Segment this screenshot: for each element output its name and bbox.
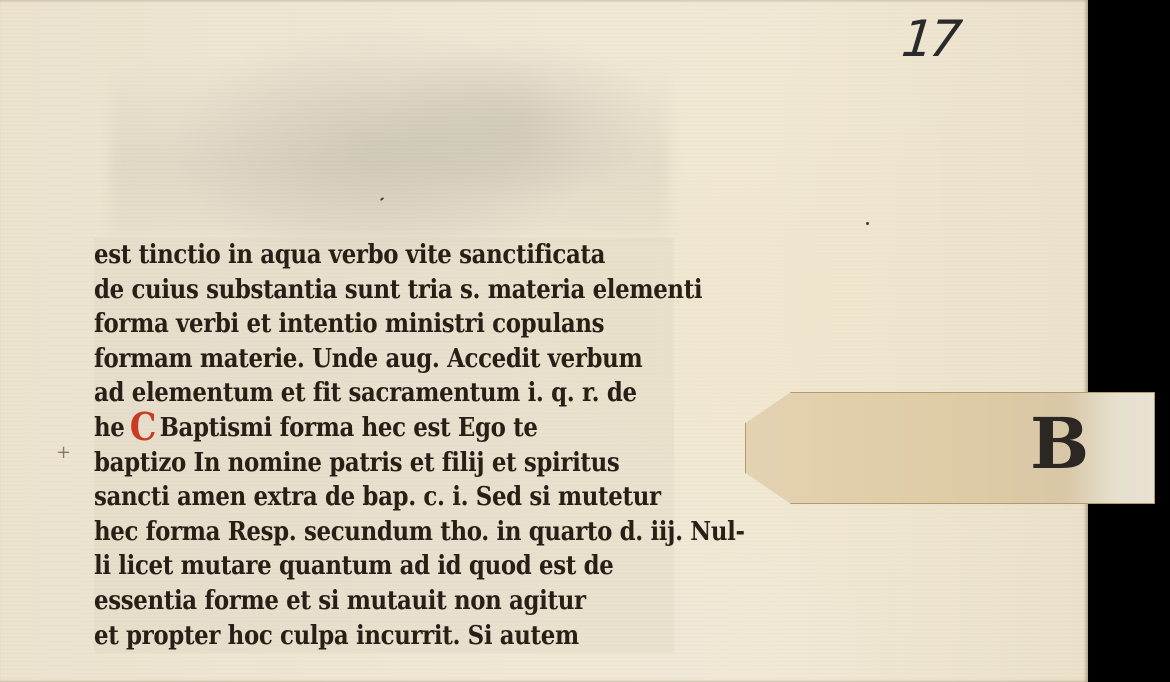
text-line: ad elementum et fit sacramentum i. q. r.… <box>94 376 604 411</box>
line-text: est tinctio in aqua verbo vite sanctific… <box>94 240 605 270</box>
text-line: formam materie. Unde aug. Accedit verbum <box>94 342 604 377</box>
folio-number: 17 <box>899 10 961 68</box>
line-text: li licet mutare quantum ad id quod est d… <box>94 551 613 581</box>
text-line: de cuius substantia sunt tria s. materia… <box>94 273 604 308</box>
line-text: forma verbi et intentio ministri copulan… <box>94 309 604 339</box>
line-lead: he <box>94 413 124 443</box>
manuscript-page: 17 + est tinctio in aqua verbo vite sanc… <box>0 0 1088 682</box>
text-column: est tinctio in aqua verbo vite sanctific… <box>94 238 674 653</box>
text-line: et propter hoc culpa incurrit. Si autem <box>94 619 604 654</box>
tab-letter: B <box>1030 404 1089 484</box>
line-text: de cuius substantia sunt tria s. materia… <box>94 275 702 305</box>
line-text: sancti amen extra de bap. c. i. Sed si m… <box>94 482 661 512</box>
margin-cross-mark: + <box>56 442 71 463</box>
text-line: est tinctio in aqua verbo vite sanctific… <box>94 238 604 273</box>
line-text: ad elementum et fit sacramentum i. q. r.… <box>94 378 637 408</box>
text-line: li licet mutare quantum ad id quod est d… <box>94 549 604 584</box>
line-text: formam materie. Unde aug. Accedit verbum <box>94 344 642 374</box>
ink-speck <box>866 222 869 225</box>
text-line: forma verbi et intentio ministri copulan… <box>94 307 604 342</box>
text-line: heCBaptismi forma hec est Ego te <box>94 411 604 446</box>
text-line: sancti amen extra de bap. c. i. Sed si m… <box>94 480 604 515</box>
text-line: hec forma Resp. secundum tho. in quarto … <box>94 515 604 550</box>
show-through-text <box>110 60 670 235</box>
line-text: Baptismi forma hec est Ego te <box>160 413 538 443</box>
line-text: essentia forme et si mutauit non agitur <box>94 586 586 616</box>
text-line: baptizo In nomine patris et filij et spi… <box>94 446 604 481</box>
text-line: essentia forme et si mutauit non agitur <box>94 584 604 619</box>
rubricated-initial: C <box>130 412 156 442</box>
line-text: et propter hoc culpa incurrit. Si autem <box>94 621 579 651</box>
line-text: hec forma Resp. secundum tho. in quarto … <box>94 517 745 547</box>
line-text: baptizo In nomine patris et filij et spi… <box>94 448 619 478</box>
tab-outline <box>745 392 1155 504</box>
